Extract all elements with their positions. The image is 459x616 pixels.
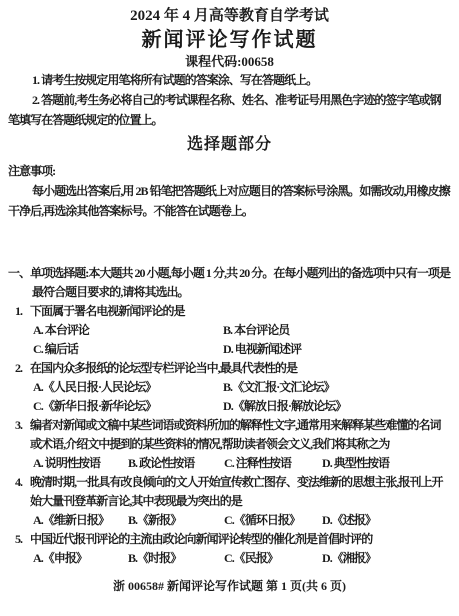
question-1-option-a: A. 本台评论: [33, 321, 223, 340]
part-one-intro: 一、单项选择题:本大题共 20 小题,每小题 1 分,共 20 分。在每小题列出…: [8, 264, 451, 302]
question-1-option-d: D. 电视新闻述评: [223, 340, 451, 359]
question-4-number: 4.: [15, 473, 22, 492]
question-1-option-b: B. 本台评论员: [223, 321, 451, 340]
question-5-option-b: B.《时报》: [128, 549, 224, 568]
question-5-option-a: A.《申报》: [33, 549, 128, 568]
notice-block: 注意事项: 每小题选出答案后,用 2B 铅笔把答题纸上对应题目的答案标号涂黑。如…: [8, 161, 451, 221]
question-5: 5. 中国近代报刊评论的主流由政论向新闻评论转型的催化剂是首倡时评的 A.《申报…: [8, 530, 451, 568]
question-3-options: A. 说明性按语 B. 政论性按语 C. 注释性按语 D. 典型性按语: [33, 454, 451, 473]
question-3-option-d: D. 典型性按语: [322, 454, 451, 473]
question-2-number: 2.: [15, 359, 22, 378]
question-2-option-a: A.《人民日报·人民论坛》: [33, 378, 223, 397]
question-1-options: A. 本台评论 B. 本台评论员 C. 编后话 D. 电视新闻述评: [33, 321, 451, 359]
question-1-stem: 下面属于署名电视新闻评论的是: [30, 302, 451, 321]
question-2: 2. 在国内众多报纸的论坛型专栏评论当中,最具代表性的是 A.《人民日报·人民论…: [8, 359, 451, 416]
question-4-option-c: C.《循环日报》: [224, 511, 322, 530]
question-4-option-b: B.《新报》: [128, 511, 224, 530]
question-5-option-c: C.《民报》: [224, 549, 322, 568]
question-5-number: 5.: [15, 530, 22, 549]
section-title: 选择题部分: [8, 135, 451, 155]
question-2-options: A.《人民日报·人民论坛》 B.《文汇报·文汇论坛》 C.《新华日报·新华论坛》…: [33, 378, 451, 416]
question-5-option-d: D.《湘报》: [322, 549, 451, 568]
question-4-options: A.《维新日报》 B.《新报》 C.《循环日报》 D.《述报》: [33, 511, 451, 530]
notice-body: 每小题选出答案后,用 2B 铅笔把答题纸上对应题目的答案标号涂黑。如需改动,用橡…: [8, 181, 451, 221]
paper-header: 2024 年 4 月高等教育自学考试 新闻评论写作试题 课程代码:00658: [8, 6, 451, 70]
notice-heading: 注意事项:: [8, 161, 451, 181]
question-4-option-a: A.《维新日报》: [33, 511, 128, 530]
exam-paper-page: 2024 年 4 月高等教育自学考试 新闻评论写作试题 课程代码:00658 1…: [0, 0, 459, 616]
question-2-option-d: D.《解放日报·解放论坛》: [223, 397, 451, 416]
question-3-stem: 编者对新闻或文稿中某些词语或资料所加的解释性文字,通常用来解释某些难懂的名词或术…: [30, 416, 451, 454]
question-3-option-b: B. 政论性按语: [128, 454, 224, 473]
question-4-stem: 晚清时期,一批具有改良倾向的文人开始宣传救亡图存、变法维新的思想主张,报刊上开始…: [30, 473, 451, 511]
question-2-stem: 在国内众多报纸的论坛型专栏评论当中,最具代表性的是: [30, 359, 451, 378]
exam-session-line: 2024 年 4 月高等教育自学考试: [8, 6, 451, 26]
question-2-option-b: B.《文汇报·文汇论坛》: [223, 378, 451, 397]
question-1-number: 1.: [15, 302, 22, 321]
instruction-item-2: 2. 答题前,考生务必将自己的考试课程名称、姓名、准考证号用黑色字迹的签字笔或钢…: [8, 90, 451, 130]
paper-title: 新闻评论写作试题: [8, 28, 451, 52]
instruction-item-1: 1. 请考生按规定用笔将所有试题的答案涂、写在答题纸上。: [8, 70, 451, 90]
page-footer: 浙 00658# 新闻评论写作试题 第 1 页(共 6 页): [8, 576, 451, 596]
question-4: 4. 晚清时期,一批具有改良倾向的文人开始宣传救亡图存、变法维新的思想主张,报刊…: [8, 473, 451, 530]
question-3-number: 3.: [15, 416, 22, 435]
question-5-options: A.《申报》 B.《时报》 C.《民报》 D.《湘报》: [33, 549, 451, 568]
question-5-stem: 中国近代报刊评论的主流由政论向新闻评论转型的催化剂是首倡时评的: [30, 530, 451, 549]
question-1: 1. 下面属于署名电视新闻评论的是 A. 本台评论 B. 本台评论员 C. 编后…: [8, 302, 451, 359]
question-2-option-c: C.《新华日报·新华论坛》: [33, 397, 223, 416]
question-3-option-a: A. 说明性按语: [33, 454, 128, 473]
question-1-option-c: C. 编后话: [33, 340, 223, 359]
question-3-option-c: C. 注释性按语: [224, 454, 322, 473]
course-code: 课程代码:00658: [8, 54, 451, 70]
question-4-option-d: D.《述报》: [322, 511, 451, 530]
question-3: 3. 编者对新闻或文稿中某些词语或资料所加的解释性文字,通常用来解释某些难懂的名…: [8, 416, 451, 473]
